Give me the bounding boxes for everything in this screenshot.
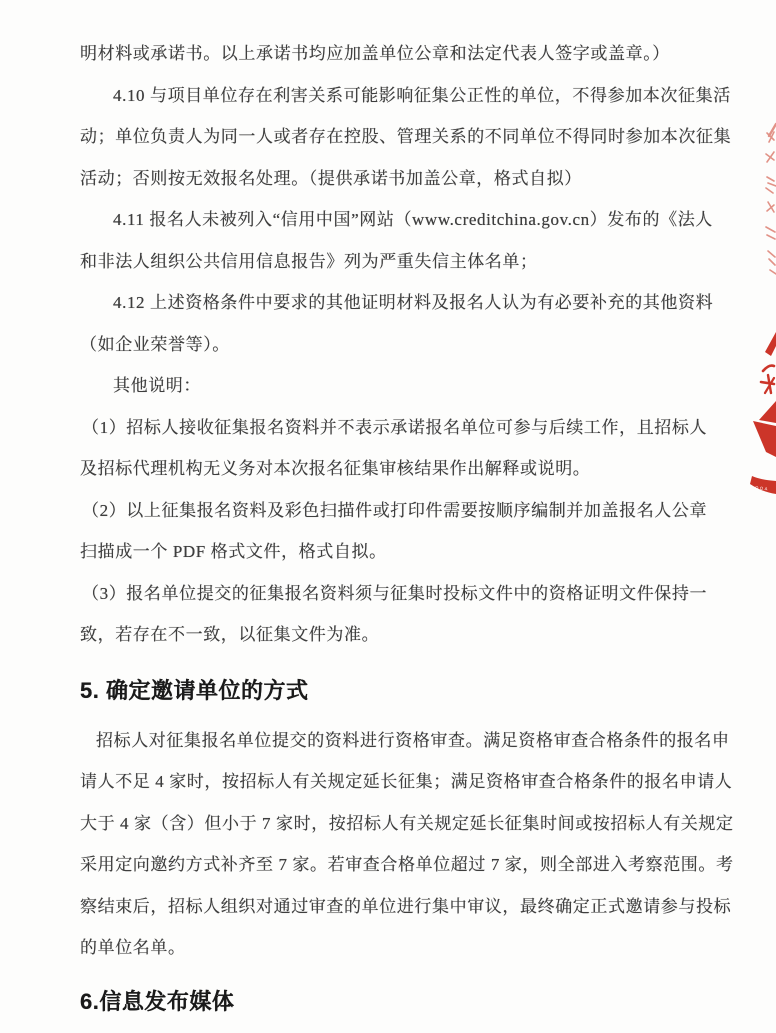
text-line: 及招标代理机构无义务对本次报名征集审核结果作出解释或说明。 (80, 448, 725, 490)
text-line: 请人不足 4 家时，按招标人有关规定延长征集；满足资格审查合格条件的报名申请人 (80, 761, 725, 803)
text-line: 明材料或承诺书。以上承诺书均应加盖单位公章和法定代表人签字或盖章。） (80, 33, 725, 75)
text-line: （2）以上征集报名资料及彩色扫描件或打印件需要按顺序编制并加盖报名人公章 (80, 490, 725, 532)
text-line: 其他说明： (80, 365, 725, 407)
text-line: 4.12 上述资格条件中要求的其他证明材料及报名人认为有必要补充的其他资料 (80, 282, 725, 324)
text-line: 大于 4 家（含）但小于 7 家时，按招标人有关规定延长征集时间或按招标人有关规… (80, 803, 725, 845)
text-line: 扫描成一个 PDF 格式文件，格式自拟。 (80, 531, 725, 573)
seal-arc-fragment-icon: OOA (750, 476, 776, 494)
text-line: 活动；否则按无效报名处理。（提供承诺书加盖公章，格式自拟） (80, 158, 725, 200)
text-line: 致，若存在不一致，以征集文件为准。 (80, 614, 725, 656)
text-line: （1）招标人接收征集报名资料并不表示承诺报名单位可参与后续工作，且招标人 (80, 407, 725, 449)
text-line: 4.10 与项目单位存在利害关系可能影响征集公正性的单位，不得参加本次征集活 (80, 75, 725, 117)
text-line: 4.11 报名人未被列入“信用中国”网站（www.creditchina.gov… (80, 199, 725, 241)
text-line: 的单位名单。 (80, 927, 725, 969)
red-handwriting-marks-icon (766, 124, 776, 274)
text-line: （如企业荣誉等）。 (80, 324, 725, 366)
stamp-fragments: OOA (748, 120, 776, 510)
text-line: 和非法人组织公共信用信息报告》列为严重失信主体名单； (80, 241, 725, 283)
document-page: 明材料或承诺书。以上承诺书均应加盖单位公章和法定代表人签字或盖章。）4.10 与… (0, 0, 776, 1033)
text-line: 招标人对征集报名单位提交的资料进行资格审查。满足资格审查合格条件的报名申 (80, 720, 725, 762)
seal-arc-text: OOA (755, 485, 769, 491)
seal-star-fragment-icon (753, 401, 776, 457)
document-body: 明材料或承诺书。以上承诺书均应加盖单位公章和法定代表人签字或盖章。）4.10 与… (80, 33, 725, 1027)
section-heading: 6.信息发布媒体 (80, 977, 725, 1027)
seal-character-fragment-icon (761, 332, 776, 393)
text-line: （3）报名单位提交的征集报名资料须与征集时投标文件中的资格证明文件保持一 (80, 573, 725, 615)
text-line: 察结束后，招标人组织对通过审查的单位进行集中审议，最终确定正式邀请参与投标 (80, 886, 725, 928)
text-line: 动；单位负责人为同一人或者存在控股、管理关系的不同单位不得同时参加本次征集 (80, 116, 725, 158)
section-heading: 5. 确定邀请单位的方式 (80, 662, 725, 720)
text-line: 采用定向邀约方式补齐至 7 家。若审查合格单位超过 7 家，则全部进入考察范围。… (80, 844, 725, 886)
